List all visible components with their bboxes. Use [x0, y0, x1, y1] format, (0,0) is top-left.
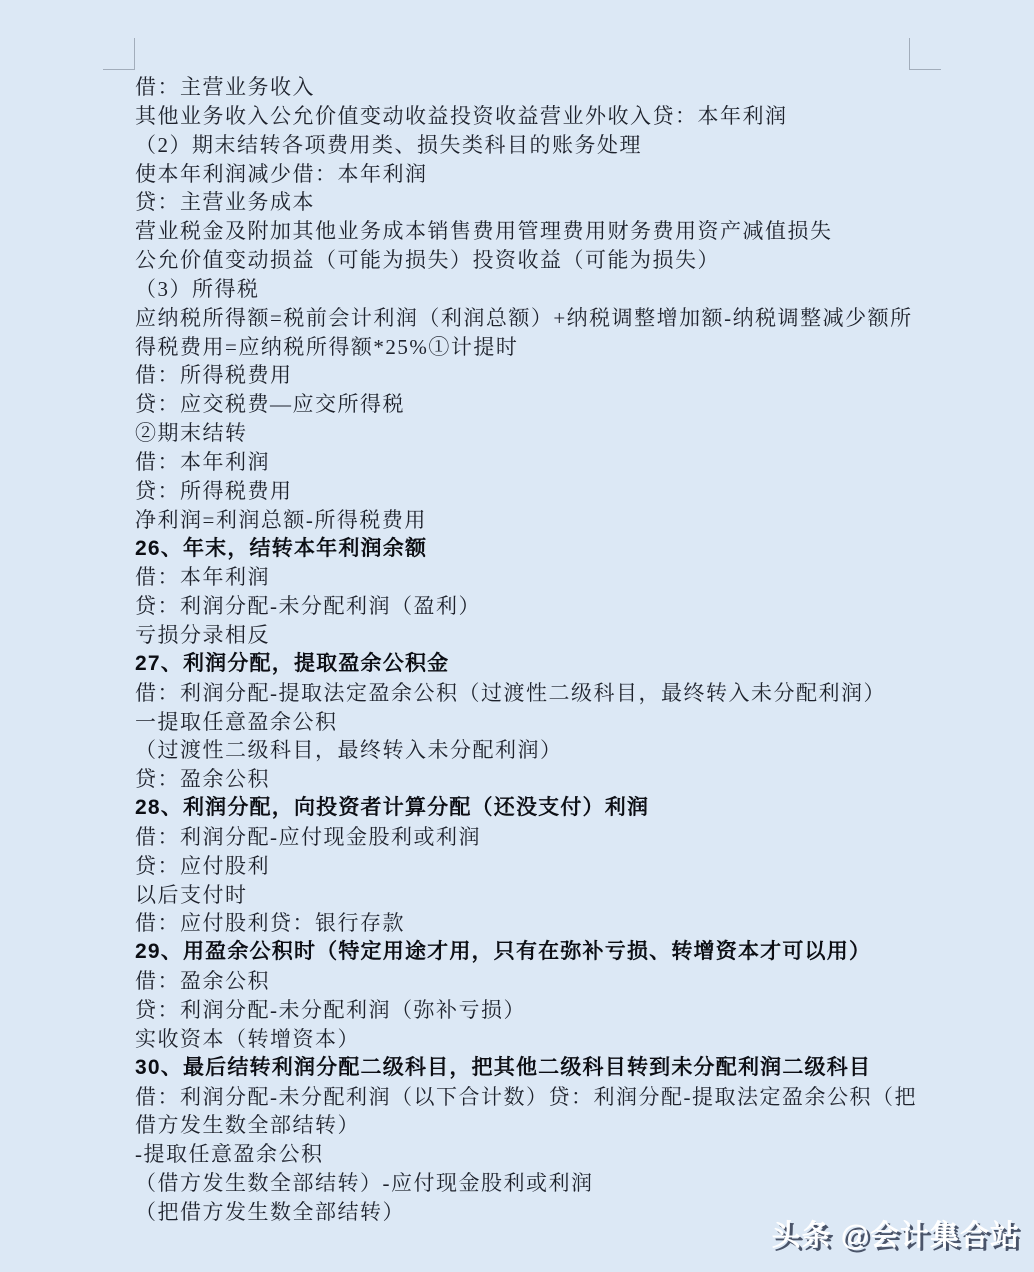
- text-line: 贷：所得税费用: [135, 477, 911, 506]
- text-line: （过渡性二级科目，最终转入未分配利润）: [135, 736, 911, 765]
- text-line: 借方发生数全部结转）: [135, 1111, 911, 1140]
- text-line: （借方发生数全部结转）-应付现金股利或利润: [135, 1169, 911, 1198]
- page-margin-mark-top-left: [103, 38, 135, 70]
- document-page: 借：主营业务收入其他业务收入公允价值变动收益投资收益营业外收入贷：本年利润（2）…: [0, 0, 1034, 1272]
- text-line: 借：利润分配-应付现金股利或利润: [135, 823, 911, 852]
- heading-line: 28、利润分配，向投资者计算分配（还没支付）利润: [135, 794, 911, 823]
- text-line: （3）所得税: [135, 275, 911, 304]
- text-line: 公允价值变动损益（可能为损失）投资收益（可能为损失）: [135, 246, 911, 275]
- text-line: ②期末结转: [135, 419, 911, 448]
- document-body: 借：主营业务收入其他业务收入公允价值变动收益投资收益营业外收入贷：本年利润（2）…: [135, 73, 911, 1227]
- text-line: 营业税金及附加其他业务成本销售费用管理费用财务费用资产减值损失: [135, 217, 911, 246]
- text-line: 贷：主营业务成本: [135, 188, 911, 217]
- text-line: 贷：利润分配-未分配利润（盈利）: [135, 592, 911, 621]
- text-line: 应纳税所得额=税前会计利润（利润总额）+纳税调整增加额-纳税调整减少额所: [135, 304, 911, 333]
- text-line: 以后支付时: [135, 881, 911, 910]
- text-line: 借：所得税费用: [135, 361, 911, 390]
- text-line: 借：主营业务收入: [135, 73, 911, 102]
- text-line: 借：利润分配-未分配利润（以下合计数）贷：利润分配-提取法定盈余公积（把: [135, 1083, 911, 1112]
- text-line: 借：本年利润: [135, 448, 911, 477]
- text-line: 借：应付股利贷：银行存款: [135, 909, 911, 938]
- heading-line: 26、年末，结转本年利润余额: [135, 535, 911, 564]
- text-line: 亏损分录相反: [135, 621, 911, 650]
- text-line: 贷：应交税费—应交所得税: [135, 390, 911, 419]
- text-line: （2）期末结转各项费用类、损失类科目的账务处理: [135, 131, 911, 160]
- text-line: 实收资本（转增资本）: [135, 1025, 911, 1054]
- text-line: 借：盈余公积: [135, 967, 911, 996]
- text-line: 一提取任意盈余公积: [135, 708, 911, 737]
- text-line: 借：本年利润: [135, 563, 911, 592]
- text-line: 贷：盈余公积: [135, 765, 911, 794]
- heading-line: 29、用盈余公积时（特定用途才用，只有在弥补亏损、转增资本才可以用）: [135, 938, 911, 967]
- page-margin-mark-top-right: [909, 38, 941, 70]
- text-line: 使本年利润减少借：本年利润: [135, 160, 911, 189]
- text-line: 净利润=利润总额-所得税费用: [135, 506, 911, 535]
- text-line: 贷：应付股利: [135, 852, 911, 881]
- heading-line: 27、利润分配，提取盈余公积金: [135, 650, 911, 679]
- watermark: 头条 @会计集合站: [772, 1218, 1020, 1254]
- text-line: -提取任意盈余公积: [135, 1140, 911, 1169]
- heading-line: 30、最后结转利润分配二级科目，把其他二级科目转到未分配利润二级科目: [135, 1054, 911, 1083]
- text-line: 借：利润分配-提取法定盈余公积（过渡性二级科目，最终转入未分配利润）: [135, 679, 911, 708]
- text-line: 其他业务收入公允价值变动收益投资收益营业外收入贷：本年利润: [135, 102, 911, 131]
- text-line: 得税费用=应纳税所得额*25%①计提时: [135, 333, 911, 362]
- text-line: 贷：利润分配-未分配利润（弥补亏损）: [135, 996, 911, 1025]
